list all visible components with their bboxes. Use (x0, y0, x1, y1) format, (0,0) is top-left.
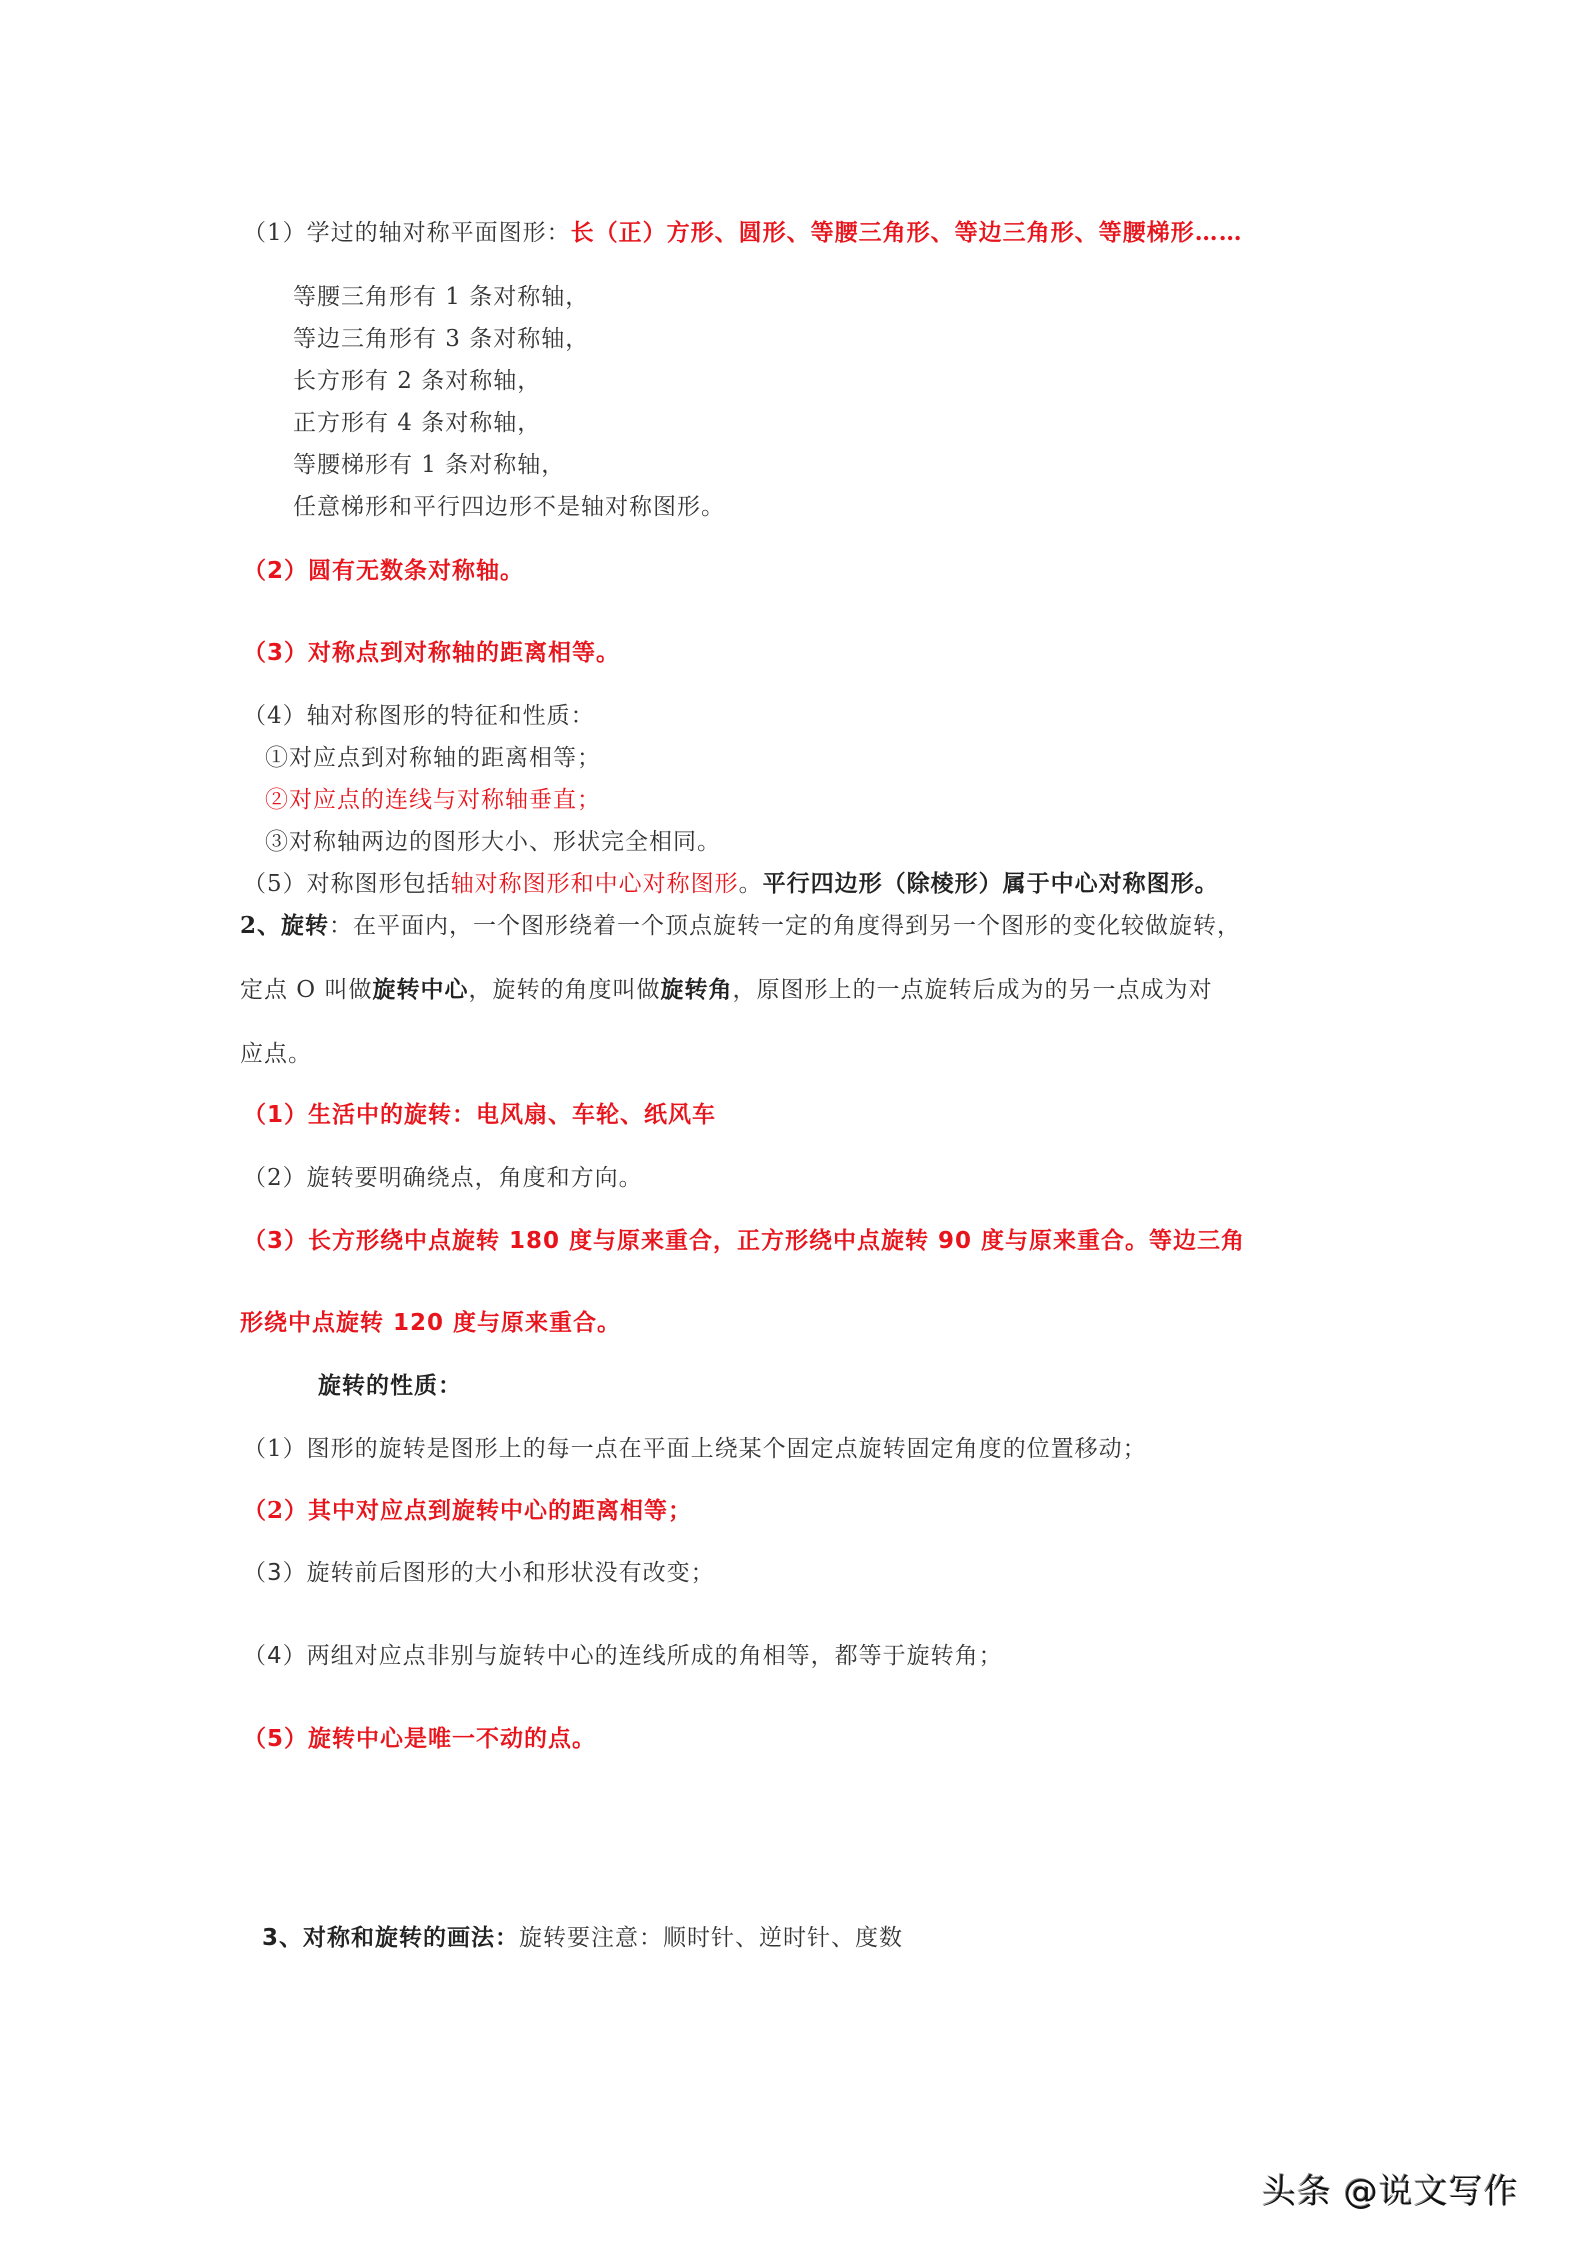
rotation-item-life-examples: （1）生活中的旋转：电风扇、车轮、纸风车 (243, 1100, 716, 1130)
property-point-1: ①对应点到对称轴的距离相等； (265, 743, 601, 773)
item-circle-axes: （2）圆有无数条对称轴。 (243, 556, 524, 586)
drawing-method-heading: 3、对称和旋转的画法： (262, 1925, 519, 1951)
rotation-heading: 2、旋转 (240, 912, 329, 939)
item-symmetric-point-distance: （3）对称点到对称轴的距离相等。 (243, 638, 620, 668)
watermark-label: 头条 @说文写作 (1262, 2172, 1519, 2212)
rotation-item-requirements: （2）旋转要明确绕点，角度和方向。 (243, 1163, 643, 1193)
rotation-property-5: （5）旋转中心是唯一不动的点。 (243, 1724, 596, 1754)
item5-middle: 。 (739, 871, 763, 897)
rotation-properties-title: 旋转的性质： (318, 1371, 462, 1401)
drawing-method-line: 3、对称和旋转的画法：旋转要注意：顺时针、逆时针、度数 (262, 1923, 903, 1953)
rotation-property-1: （1）图形的旋转是图形上的每一点在平面上绕某个固定点旋转固定角度的位置移动； (243, 1434, 1147, 1464)
sub-item-isosceles-triangle: 等腰三角形有 1 条对称轴， (293, 282, 589, 312)
item5-highlight: 轴对称图形和中心对称图形 (451, 871, 739, 897)
document-page: （1）学过的轴对称平面图形：长（正）方形、圆形、等腰三角形、等边三角形、等腰梯形… (0, 0, 1587, 2245)
item5-bold-tail: 平行四边形（除棱形）属于中心对称图形。 (763, 870, 1219, 897)
def-part3: ，原图形上的一点旋转后成为的另一点成为对 (732, 977, 1212, 1003)
item-axis-symmetric-shapes: （1）学过的轴对称平面图形：长（正）方形、圆形、等腰三角形、等边三角形、等腰梯形… (243, 218, 1243, 248)
item-highlight: 长（正）方形、圆形、等腰三角形、等边三角形、等腰梯形…… (571, 219, 1243, 246)
rotation-definition-line3: 应点。 (240, 1039, 312, 1069)
sub-item-equilateral-triangle: 等边三角形有 3 条对称轴， (293, 324, 589, 354)
rotation-property-4: （4）两组对应点非别与旋转中心的连线所成的角相等，都等于旋转角； (243, 1641, 1003, 1671)
rotation-item-shapes-line1: （3）长方形绕中点旋转 180 度与原来重合，正方形绕中点旋转 90 度与原来重… (243, 1226, 1245, 1256)
sub-item-isosceles-trapezoid: 等腰梯形有 1 条对称轴， (293, 450, 565, 480)
rotation-item-shapes-line2: 形绕中点旋转 120 度与原来重合。 (240, 1308, 621, 1338)
rotation-definition-line1: 2、旋转：在平面内，一个图形绕着一个顶点旋转一定的角度得到另一个图形的变化较做旋… (240, 911, 1241, 941)
property-point-3: ③对称轴两边的图形大小、形状完全相同。 (265, 827, 721, 857)
rotation-definition-line2: 定点 O 叫做旋转中心，旋转的角度叫做旋转角，原图形上的一点旋转后成为的另一点成… (240, 975, 1212, 1005)
item-symmetric-figures: （5）对称图形包括轴对称图形和中心对称图形。平行四边形（除棱形）属于中心对称图形… (243, 869, 1219, 899)
item-prefix: （1）学过的轴对称平面图形： (243, 220, 571, 246)
rotation-property-2: （2）其中对应点到旋转中心的距离相等； (243, 1496, 692, 1526)
sub-item-square: 正方形有 4 条对称轴， (293, 408, 541, 438)
rotation-def-text: ：在平面内，一个图形绕着一个顶点旋转一定的角度得到另一个图形的变化较做旋转， (329, 913, 1241, 939)
rotation-property-3: （3）旋转前后图形的大小和形状没有改变； (243, 1558, 715, 1588)
property-point-2: ②对应点的连线与对称轴垂直； (265, 785, 601, 815)
term-rotation-center: 旋转中心 (372, 976, 468, 1003)
item5-prefix: （5）对称图形包括 (243, 871, 451, 897)
def-part1: 定点 O 叫做 (240, 977, 372, 1003)
def-part2: ，旋转的角度叫做 (468, 977, 660, 1003)
sub-item-non-symmetric: 任意梯形和平行四边形不是轴对称图形。 (293, 492, 725, 522)
drawing-method-text: 旋转要注意：顺时针、逆时针、度数 (519, 1925, 903, 1951)
sub-item-rectangle: 长方形有 2 条对称轴， (293, 366, 541, 396)
term-rotation-angle: 旋转角 (660, 976, 732, 1003)
item-properties-title: （4）轴对称图形的特征和性质： (243, 701, 595, 731)
